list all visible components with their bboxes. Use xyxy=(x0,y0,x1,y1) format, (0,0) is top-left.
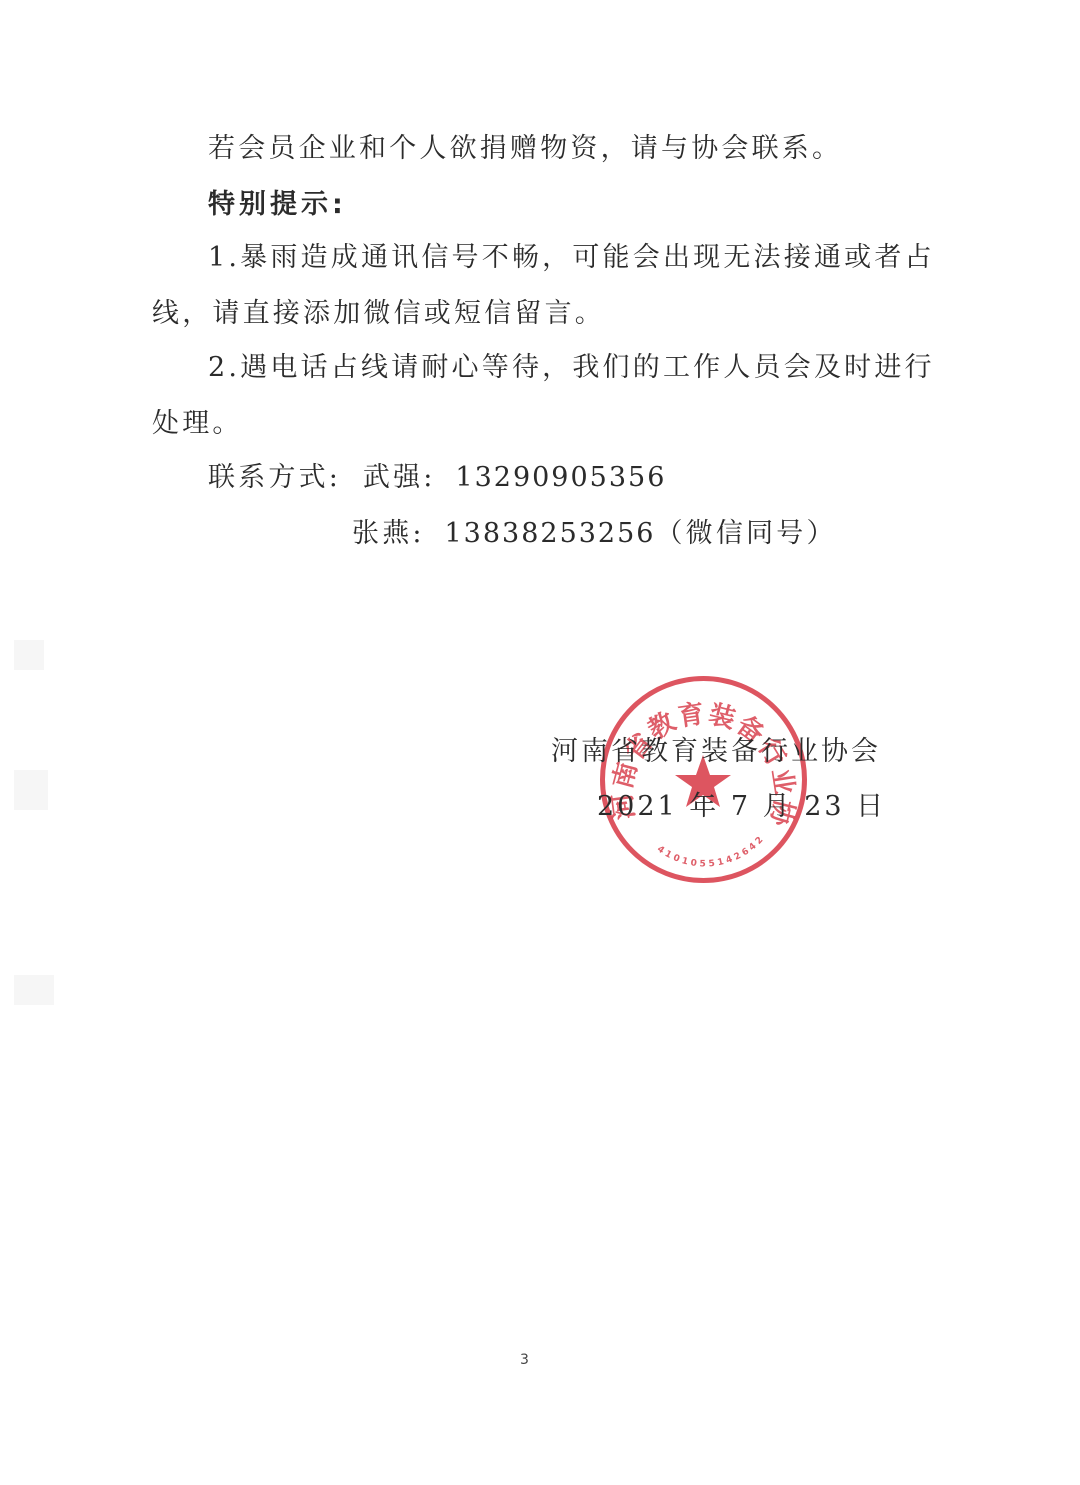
donation-paragraph: 若会员企业和个人欲捐赠物资，请与协会联系。 xyxy=(208,132,842,166)
signature-date: 2021 年 7 月 23 日 xyxy=(597,790,886,824)
contact-label: 联系方式: xyxy=(208,462,341,493)
page-number: 3 xyxy=(520,1352,529,1368)
document-page: 若会员企业和个人欲捐赠物资，请与协会联系。 特别提示: 1.暴雨造成通讯信号不畅… xyxy=(0,0,1080,1485)
scan-artifact xyxy=(14,770,48,810)
notice-2-line-1: 2.遇电话占线请耐心等待，我们的工作人员会及时进行 xyxy=(208,351,935,385)
scan-artifact xyxy=(14,640,44,670)
contact-phone: 13838253256 xyxy=(445,518,656,549)
scan-artifact xyxy=(14,975,54,1005)
contact-line-2: 张燕: 13838253256（微信同号） xyxy=(352,517,837,551)
special-notice-heading: 特别提示: xyxy=(208,188,347,222)
contact-name: 武强: xyxy=(363,462,436,493)
notice-1-line-2: 线，请直接添加微信或短信留言。 xyxy=(152,297,605,331)
contact-name: 张燕: xyxy=(352,518,425,549)
contact-note: （微信同号） xyxy=(655,518,836,549)
contact-line-1: 联系方式: 武强: 13290905356 xyxy=(208,461,666,495)
official-seal-stamp: 河南省教育装备行业协会 4101055142642 xyxy=(597,673,810,886)
contact-phone: 13290905356 xyxy=(455,462,666,493)
notice-2-line-2: 处理。 xyxy=(152,407,243,441)
svg-text:4101055142642: 4101055142642 xyxy=(655,833,767,869)
signature-organization: 河南省教育装备行业协会 xyxy=(551,735,881,769)
notice-1-line-1: 1.暴雨造成通讯信号不畅，可能会出现无法接通或者占 xyxy=(208,241,935,275)
